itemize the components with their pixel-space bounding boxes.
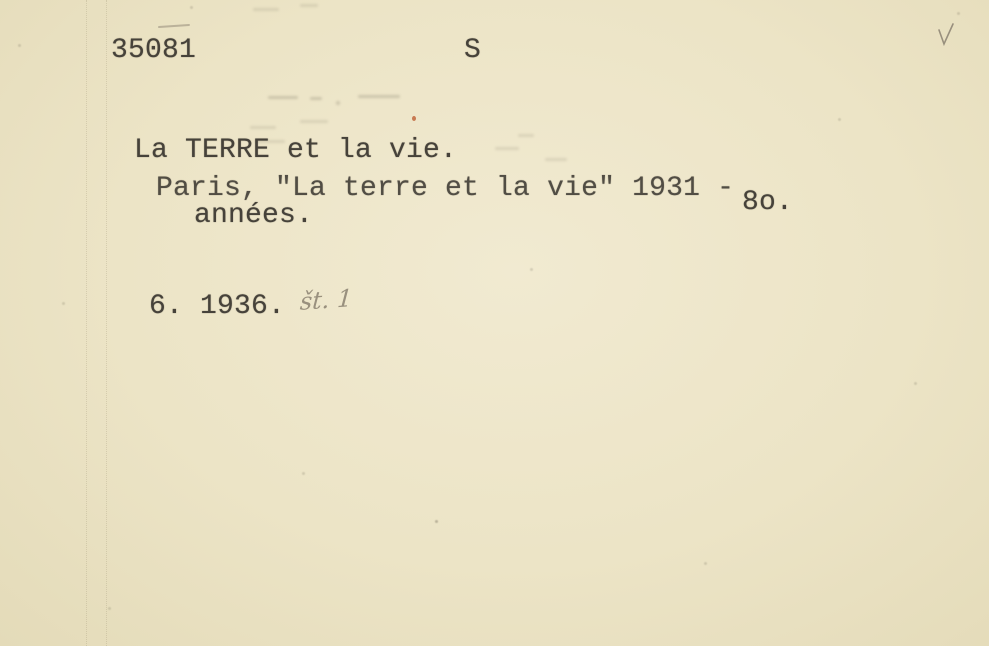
paper-speck — [18, 44, 21, 47]
format-note: 8o. — [742, 188, 793, 218]
paper-speck — [838, 118, 841, 121]
erased-text-smudge — [253, 8, 279, 11]
paper-speck — [435, 520, 438, 523]
section-letter: S — [464, 36, 481, 66]
paper-speck — [190, 6, 193, 9]
pencil-dash-mark — [158, 24, 190, 28]
call-number: 35081 — [111, 36, 196, 66]
paper-speck — [914, 382, 917, 385]
erased-text-smudge — [545, 158, 567, 161]
paper-speck — [530, 268, 533, 271]
erased-text-smudge — [495, 147, 519, 150]
erased-text-smudge — [518, 134, 534, 137]
catalog-card: 35081 S La TERRE et la vie. Paris, "La t… — [0, 0, 989, 646]
card-fold-line — [106, 0, 107, 646]
holdings-line: 6. 1936. — [149, 292, 285, 322]
erased-text-smudge — [300, 120, 328, 123]
ink-speck — [412, 116, 416, 121]
paper-speck — [957, 12, 960, 15]
erased-text-smudge — [358, 95, 400, 98]
erased-text-smudge — [336, 101, 340, 105]
erased-text-smudge — [310, 97, 322, 100]
handwritten-annotation: št. 1 — [299, 285, 353, 315]
checkmark-icon — [936, 21, 956, 49]
paper-speck — [62, 302, 65, 305]
paper-speck — [302, 472, 305, 475]
erased-text-smudge — [268, 96, 298, 99]
erased-text-smudge — [300, 4, 318, 7]
imprint-continuation: années. — [194, 201, 313, 231]
paper-speck — [704, 562, 707, 565]
paper-speck — [108, 607, 111, 610]
card-title: La TERRE et la vie. — [134, 136, 457, 166]
card-fold-line — [86, 0, 87, 646]
erased-text-smudge — [250, 126, 276, 129]
